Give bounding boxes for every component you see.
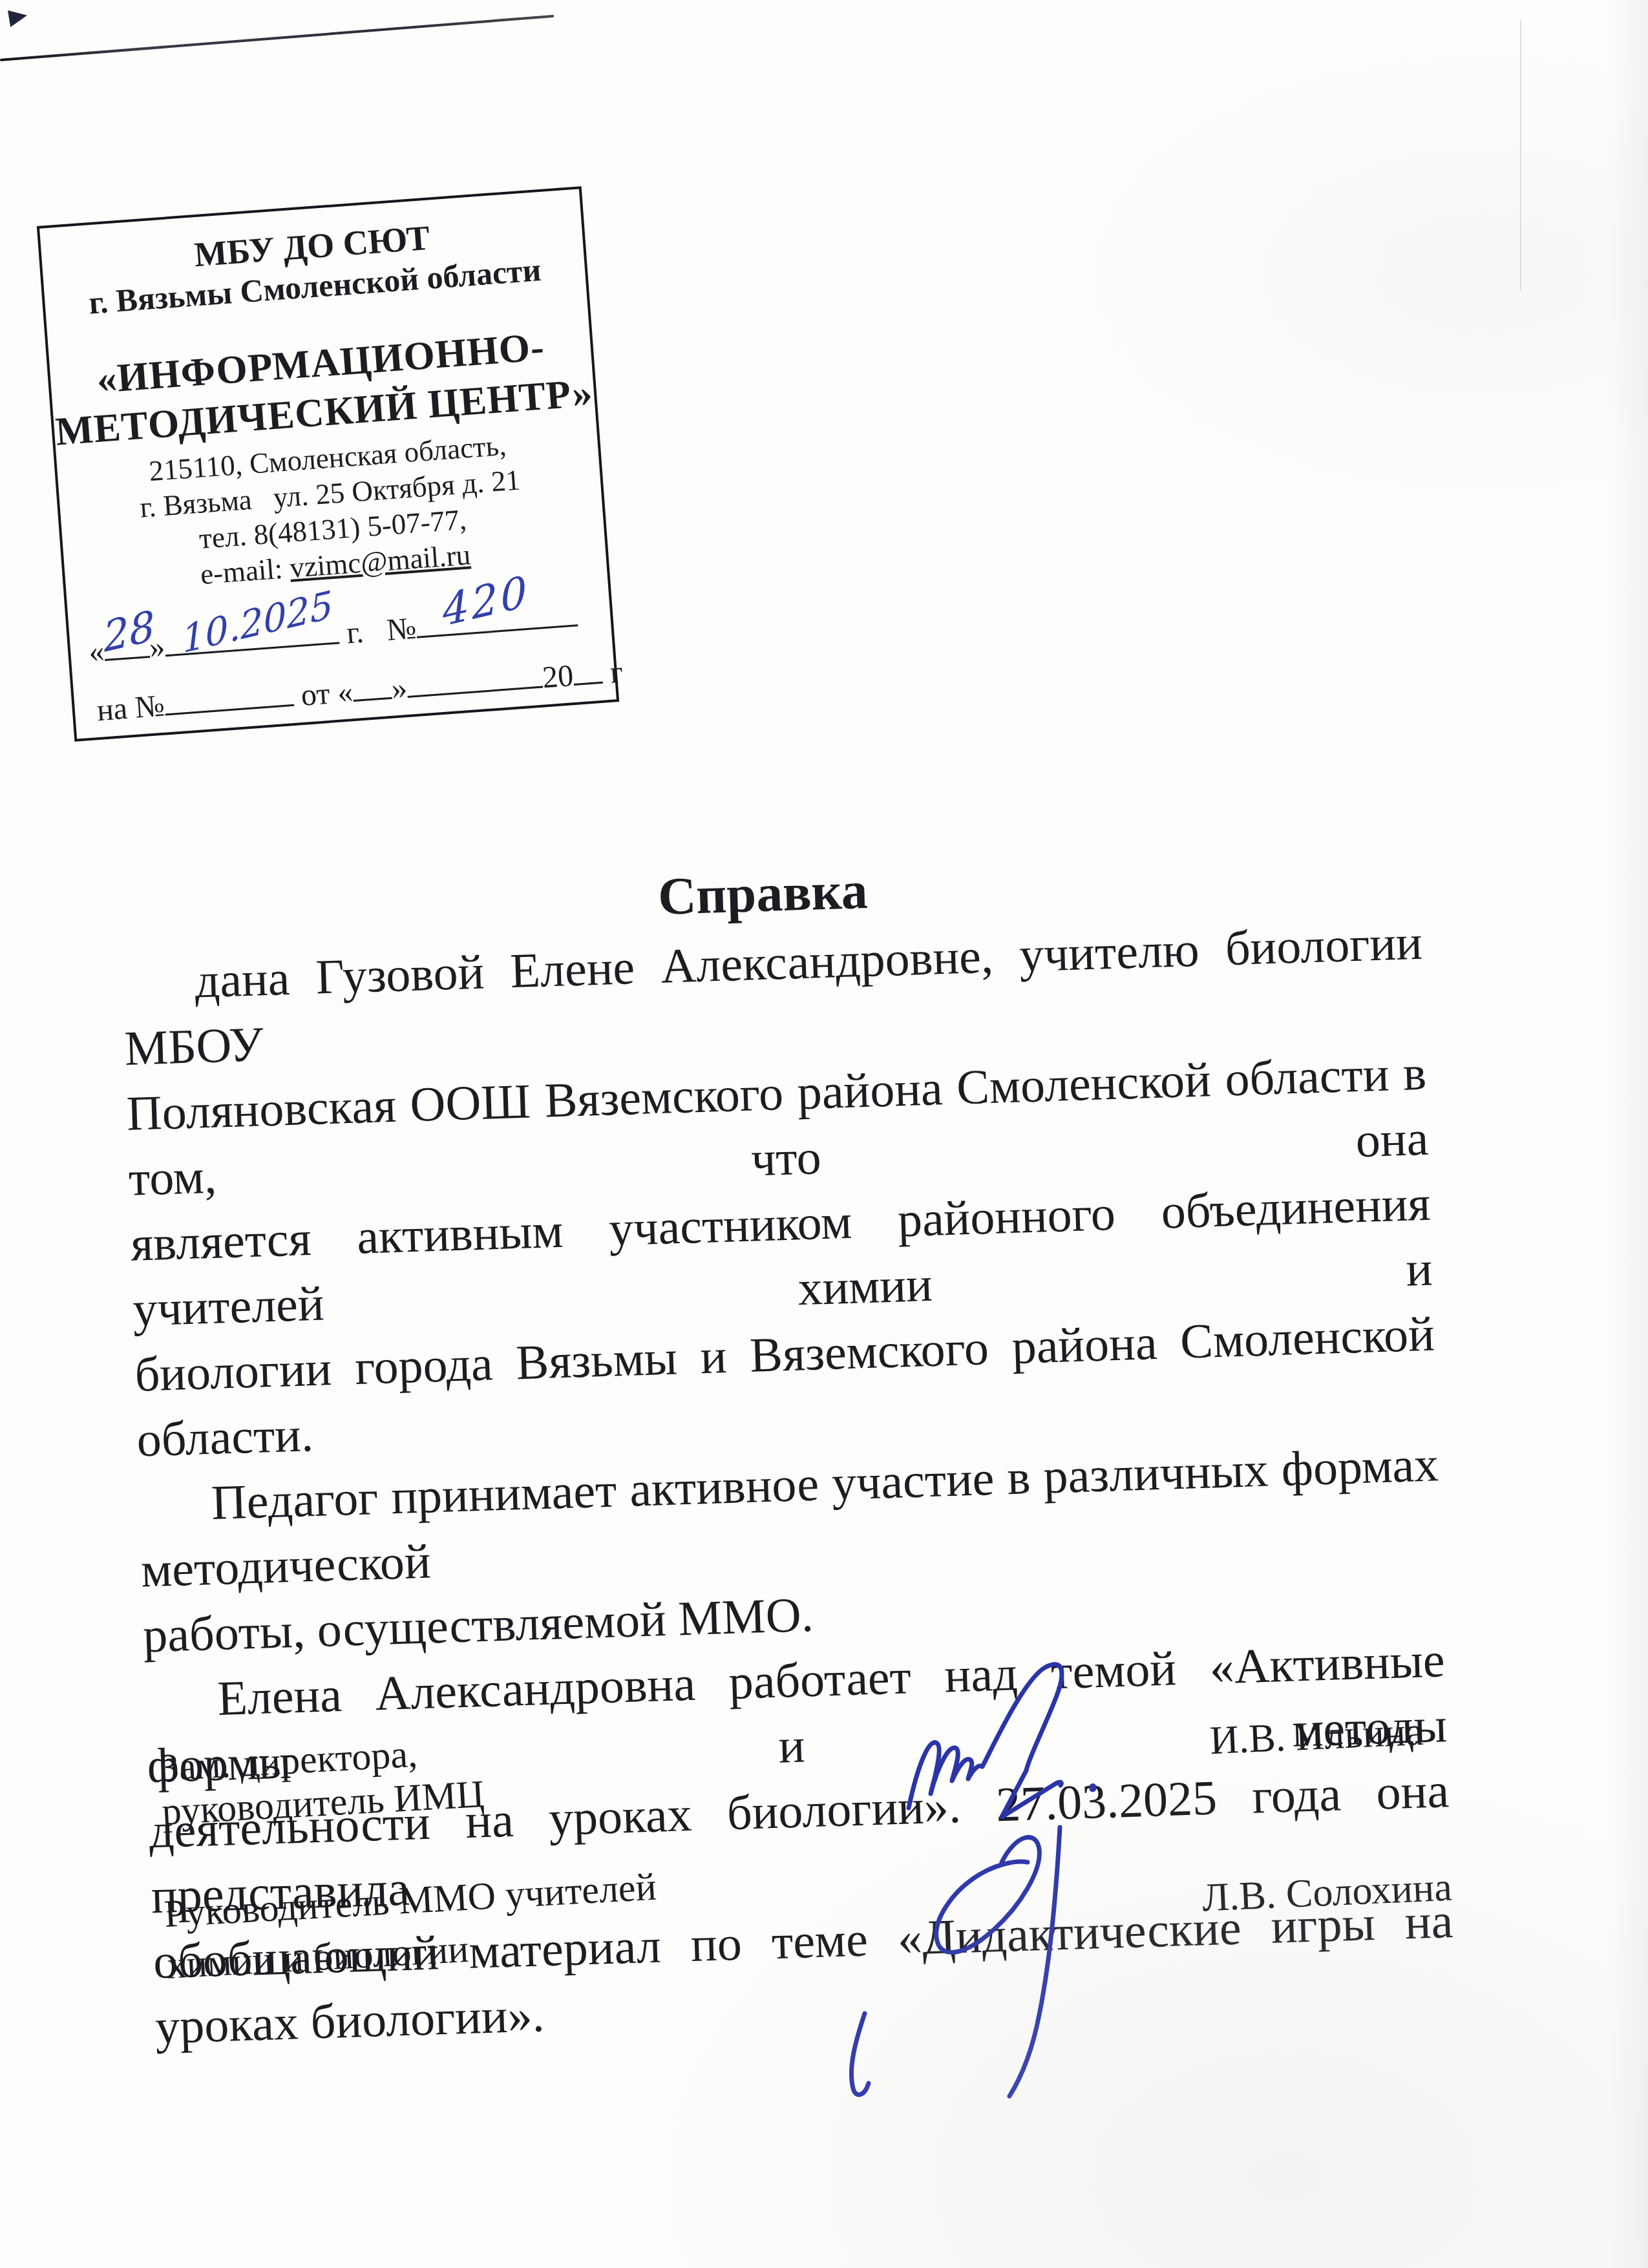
- email-label: e-mail:: [199, 552, 291, 591]
- ref-underline-1: [163, 675, 294, 716]
- handwritten-date: 10.2025: [181, 582, 334, 662]
- document-title: Справка: [657, 860, 869, 927]
- scanned-document-page: МБУ ДО СЮТ г. Вязьмы Смоленской области …: [0, 0, 1648, 2268]
- scan-streak-artifact: [1520, 19, 1521, 291]
- ref-year: 20: [541, 658, 575, 695]
- ref-underline-3: [405, 656, 543, 698]
- scan-edge-artifact-line: [0, 15, 554, 61]
- signature1-ink: [900, 1654, 1145, 1835]
- date-underline: 10.2025: [164, 613, 340, 657]
- signer1-role: Зам. директора, руководитель ИМЦ: [158, 1728, 485, 1834]
- signature2-ink: [803, 1822, 1132, 2100]
- ref-underline-2: [352, 667, 392, 702]
- date-suffix: г.: [337, 615, 364, 651]
- handwritten-number: 420: [441, 565, 531, 636]
- letterhead-box: МБУ ДО СЮТ г. Вязьмы Смоленской области …: [37, 186, 619, 742]
- ref-suffix: г: [601, 655, 624, 691]
- signer1-name: И.В. Ильина: [1209, 1709, 1424, 1764]
- ref-from: от «: [292, 675, 354, 713]
- scan-corner-mark: [8, 10, 27, 27]
- number-underline: 420: [415, 594, 578, 638]
- ref-underline-4: [572, 652, 603, 686]
- handwritten-day: 28: [102, 602, 156, 662]
- ref-prefix: на №: [96, 689, 165, 728]
- number-label: №: [363, 611, 417, 649]
- date-day-underline: 28: [103, 626, 150, 661]
